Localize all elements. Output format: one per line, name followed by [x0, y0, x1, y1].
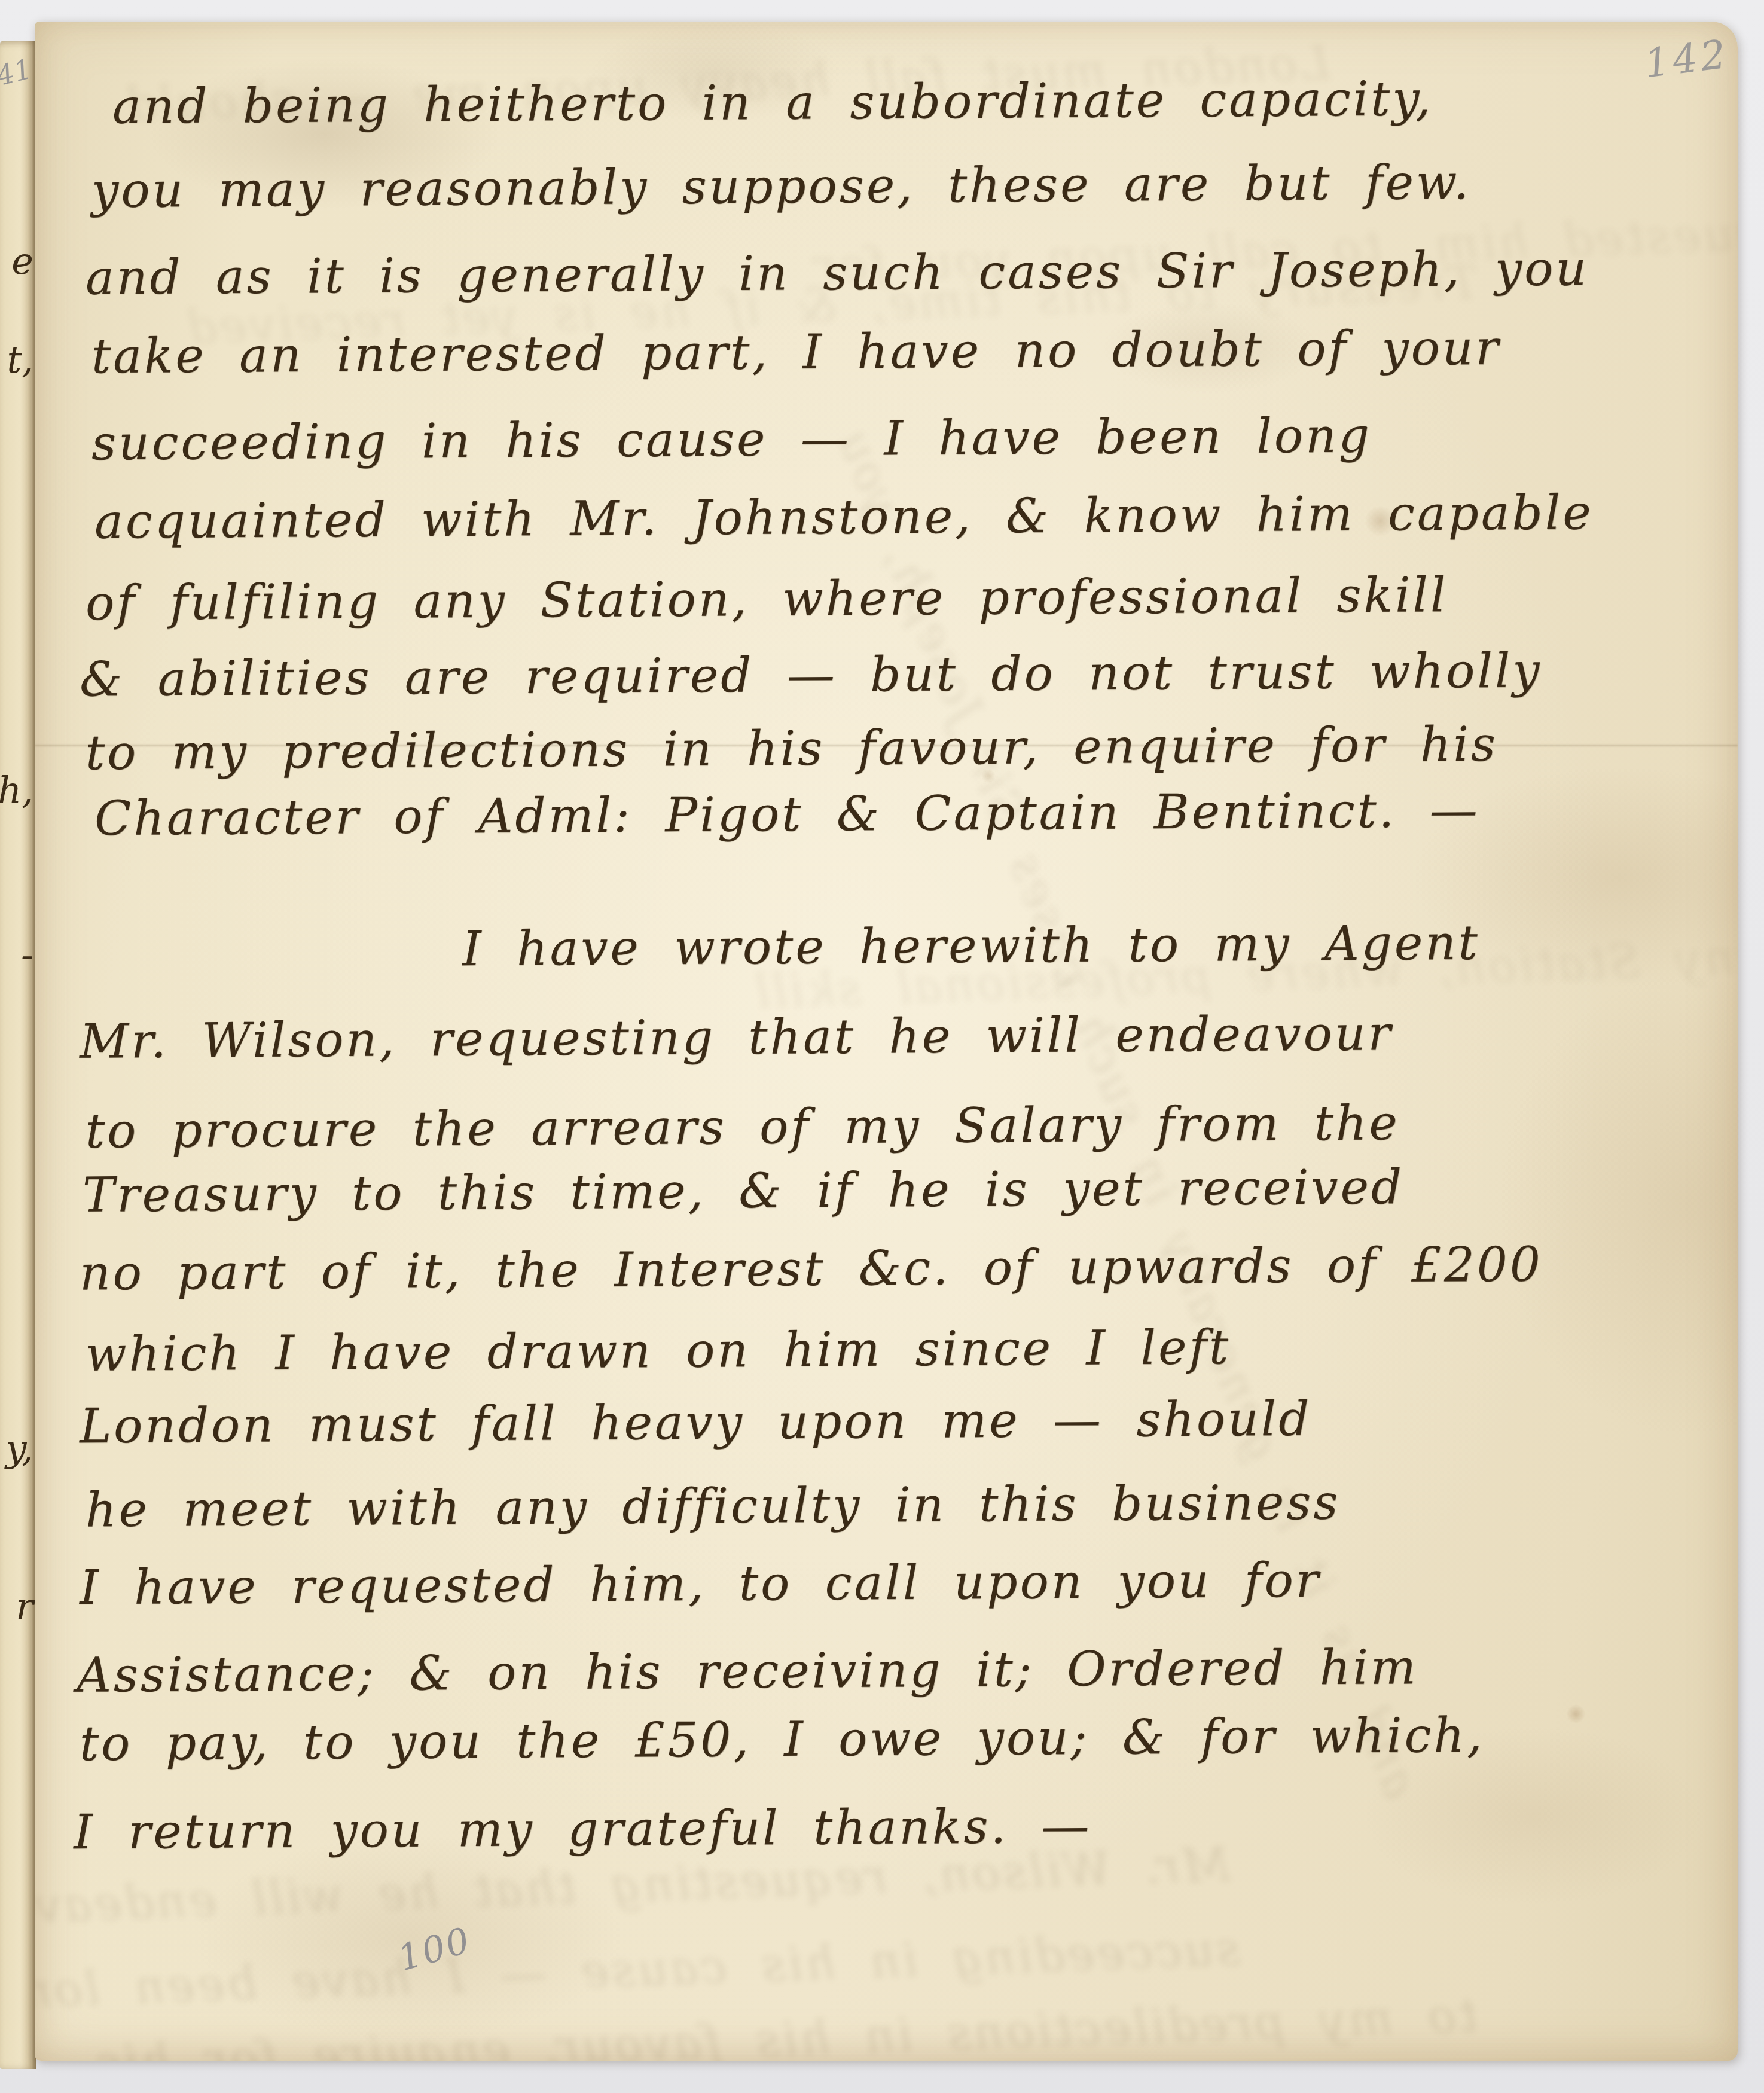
bleedthrough-ghost: to my predilections in his favour, enqui…: [94, 1989, 1478, 2061]
previous-folio-pencil: 41: [0, 53, 35, 93]
letter-line: & abilities are required — but do not tr…: [80, 646, 1542, 705]
margin-ink-fragment: -: [21, 933, 33, 977]
margin-ink-fragment: h,: [0, 768, 33, 812]
letter-line: Assistance; & on his receiving it; Order…: [77, 1642, 1418, 1701]
scanned-letter-document: 41 e t, h, - y, r London must fall heavy…: [0, 0, 1764, 2093]
letter-line: of fulfiling any Station, where professi…: [86, 570, 1448, 628]
folio-number-pencil: 142: [1642, 31, 1731, 87]
margin-ink-fragment: r: [16, 1585, 33, 1628]
letter-line: no part of it, the Interest &c. of upwar…: [80, 1240, 1543, 1299]
letter-line: you may reasonably suppose, these are bu…: [91, 157, 1472, 216]
letter-line: to my predilections in his favour, enqui…: [86, 719, 1498, 778]
letter-line: which I have drawn on him since I left: [86, 1322, 1231, 1380]
letter-line: to procure the arrears of my Salary from…: [86, 1098, 1400, 1156]
letter-page: London must fall heavy upon me — should …: [35, 22, 1738, 2061]
letter-line: and as it is generally in such cases Sir…: [86, 243, 1589, 303]
letter-line: Mr. Wilson, requesting that he will ende…: [80, 1008, 1393, 1066]
letter-line: acquainted with Mr. Johnstone, & know hi…: [94, 487, 1594, 547]
margin-ink-fragment: t,: [7, 338, 33, 382]
letter-line: Character of Adml: Pigot & Captain Benti…: [94, 785, 1480, 844]
letter-line: I return you my grateful thanks. —: [74, 1801, 1092, 1857]
margin-ink-fragment: e: [11, 239, 33, 283]
letter-line: to pay, to you the £50, I owe you; & for…: [80, 1710, 1485, 1769]
letter-line: I have wrote herewith to my Agent: [462, 918, 1480, 974]
margin-ink-fragment: y,: [6, 1426, 34, 1470]
letter-line: take an interested part, I have no doubt…: [91, 323, 1501, 382]
letter-line: he meet with any difficulty in this busi…: [86, 1478, 1341, 1536]
letter-line: and being heitherto in a subordinate cap…: [112, 74, 1433, 132]
previous-page-edge: 41 e t, h, - y, r: [0, 41, 36, 2069]
pencil-note: 100: [393, 1919, 476, 1979]
letter-line: Treasury to this time, & if he is yet re…: [83, 1162, 1405, 1220]
letter-line: succeeding in his cause — I have been lo…: [91, 410, 1372, 468]
letter-line: I have requested him, to call upon you f…: [80, 1555, 1321, 1613]
letter-line: London must fall heavy upon me — should: [80, 1394, 1312, 1452]
bleedthrough-ghost: succeeding in his cause — I have been lo…: [35, 1922, 1241, 2019]
